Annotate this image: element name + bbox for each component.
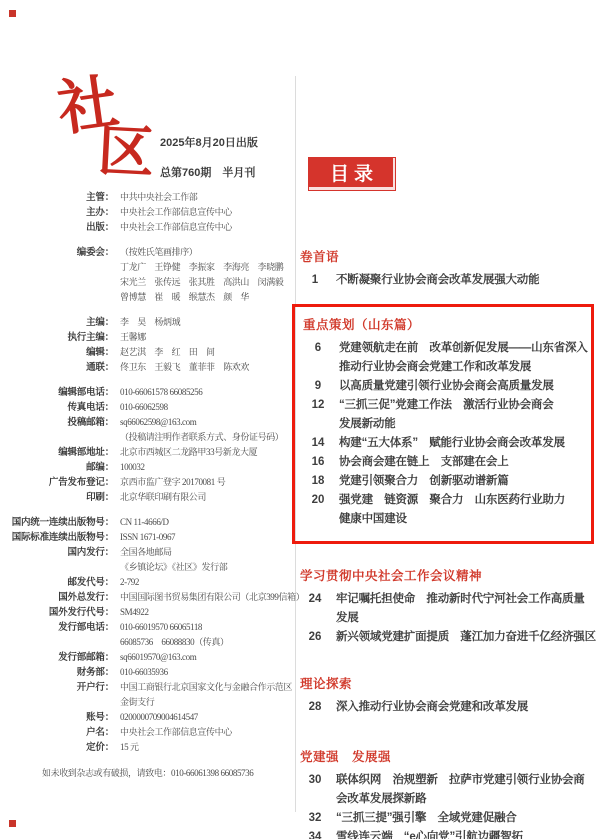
toc-section: 学习贯彻中央社会工作会议精神 24 牢记嘱托担使命 推动新时代宁河社会工作高质量… <box>300 566 592 647</box>
masthead-row-value: 北京华联印刷有限公司 <box>120 490 206 505</box>
masthead-row-value: （投稿请注明作者联系方式、身份证号码） <box>120 430 283 445</box>
toc-entry-continuation: 发展 <box>300 609 592 628</box>
toc-entry-page-number: 24 <box>300 590 330 609</box>
masthead-row: 国外发行代号： SM4922 <box>0 605 296 620</box>
toc-entry-title: 构建“五大体系” 赋能行业协会商会改革发展 <box>339 434 565 453</box>
masthead-row-value: 100032 <box>120 460 145 475</box>
magazine-logo: 社 区 <box>58 82 168 194</box>
toc-section-entries: 30 联体织网 治规塑新 拉萨市党建引领行业协会商 会改革发展探新路 32 “三… <box>300 771 592 839</box>
masthead-row-label: 主管： <box>0 190 114 205</box>
toc-entry-first-line: 14 构建“五大体系” 赋能行业协会商会改革发展 <box>303 434 585 453</box>
masthead-row-value: 66085736 66088830（传真） <box>120 635 229 650</box>
masthead-row-label <box>0 635 114 650</box>
masthead-row: 国内发行： 全国各地邮局 <box>0 545 296 560</box>
masthead-row-label: 编辑： <box>0 345 114 360</box>
masthead-row-label: 国际标准连续出版物号： <box>0 530 114 545</box>
masthead-row-value: 京西市监广登字 20170081 号 <box>120 475 225 490</box>
masthead-row-value: 李 昊 杨炳珹 <box>120 315 180 330</box>
masthead-row-value: 中央社会工作部信息宣传中心 <box>120 205 232 220</box>
masthead-row-value: sq66019570@163.com <box>120 650 196 665</box>
toc-entry-first-line: 26 新兴领域党建扩面提质 蓬江加力奋进千亿经济强区 <box>300 628 592 647</box>
masthead-row-value: 2-792 <box>120 575 139 590</box>
masthead-row: 国际标准连续出版物号： ISSN 1671-0967 <box>0 530 296 545</box>
masthead-row: 邮编： 100032 <box>0 460 296 475</box>
masthead-row-label: 执行主编： <box>0 330 114 345</box>
masthead-row-value: （按姓氏笔画排序） <box>120 245 197 260</box>
masthead-row-label: 主办： <box>0 205 114 220</box>
masthead-row: 编辑部地址： 北京市西城区二龙路甲33号新龙大厦 <box>0 445 296 460</box>
toc-section-entries: 24 牢记嘱托担使命 推动新时代宁河社会工作高质量 发展 26 新兴领域党建扩面… <box>300 590 592 647</box>
masthead-row-value: 赵艺淇 李 红 田 间 <box>120 345 215 360</box>
masthead-row: 金街支行 <box>0 695 296 710</box>
masthead-row-value: 《乡镇论坛》《社区》发行部 <box>120 560 227 575</box>
masthead-row: 投稿邮箱： sq66062598@163.com <box>0 415 296 430</box>
toc-entry-first-line: 20 强党建 链资源 聚合力 山东医药行业助力 <box>303 491 585 510</box>
toc-entry-title: 协会商会建在链上 支部建在会上 <box>339 453 509 472</box>
masthead-row: 印刷： 北京华联印刷有限公司 <box>0 490 296 505</box>
masthead-row-label <box>0 260 114 275</box>
masthead-row-value: 010-66062598 <box>120 400 168 415</box>
issue-number: 总第760期 半月刊 <box>160 158 300 188</box>
masthead-row-label: 账号： <box>0 710 114 725</box>
toc-entry-first-line: 12 “三抓三促”党建工作法 激活行业协会商会 <box>303 396 585 415</box>
toc-section-entries: 1 不断凝聚行业协会商会改革发展强大动能 <box>300 271 592 290</box>
masthead-row-label: 财务部： <box>0 665 114 680</box>
toc-entry: 24 牢记嘱托担使命 推动新时代宁河社会工作高质量 发展 <box>300 590 592 628</box>
toc-entry-continuation: 发展新动能 <box>303 415 585 434</box>
toc-entry-title: “三抓三促”党建工作法 激活行业协会商会 <box>339 396 554 415</box>
toc-entry-page-number: 6 <box>303 339 333 358</box>
masthead-row-label: 印刷： <box>0 490 114 505</box>
masthead-row: 曾博慧 崔 暖 缑慧杰 颜 华 <box>0 290 296 305</box>
masthead-row-label <box>0 695 114 710</box>
masthead-row: 定价： 15 元 <box>0 740 296 755</box>
toc-entry: 30 联体织网 治规塑新 拉萨市党建引领行业协会商 会改革发展探新路 <box>300 771 592 809</box>
masthead-row-value: ISSN 1671-0967 <box>120 530 175 545</box>
toc-entry: 18 党建引领聚合力 创新驱动谱新篇 <box>303 472 585 491</box>
toc-entry-continuation: 健康中国建设 <box>303 510 585 529</box>
registration-mark-top <box>9 10 16 17</box>
masthead-row-value: 中国国际图书贸易集团有限公司（北京399信箱） <box>120 590 304 605</box>
masthead-row-value: 曾博慧 崔 暖 缑慧杰 颜 华 <box>120 290 249 305</box>
toc-title-badge: 目录 <box>308 157 396 191</box>
toc-entry-first-line: 18 党建引领聚合力 创新驱动谱新篇 <box>303 472 585 491</box>
masthead-row-value: 金街支行 <box>120 695 154 710</box>
masthead-row: 财务部： 010-66035936 <box>0 665 296 680</box>
toc-entry-page-number: 16 <box>303 453 333 472</box>
masthead-row: 邮发代号： 2-792 <box>0 575 296 590</box>
toc-entry-page-number: 30 <box>300 771 330 790</box>
magazine-toc-page: 社 区 2025年8月20日出版 总第760期 半月刊 主管： 中共中央社会工作… <box>0 0 600 839</box>
masthead-row-value: SM4922 <box>120 605 149 620</box>
toc-entry-page-number: 14 <box>303 434 333 453</box>
masthead-gap <box>0 505 296 515</box>
masthead-row-value: CN 11-4666/D <box>120 515 169 530</box>
masthead-row-label: 投稿邮箱： <box>0 415 114 430</box>
toc-section-heading: 学习贯彻中央社会工作会议精神 <box>300 566 592 584</box>
masthead-row-value: 中央社会工作部信息宣传中心 <box>120 220 232 235</box>
masthead-row: 发行部邮箱： sq66019570@163.com <box>0 650 296 665</box>
toc-entry-title: 党建引领聚合力 创新驱动谱新篇 <box>339 472 509 491</box>
masthead-row: 主办： 中央社会工作部信息宣传中心 <box>0 205 296 220</box>
masthead-row-value: 佟卫东 王毅飞 董菲菲 陈欢欢 <box>120 360 249 375</box>
toc-entry-first-line: 1 不断凝聚行业协会商会改革发展强大动能 <box>300 271 592 290</box>
masthead-row-value: 王馨娜 <box>120 330 146 345</box>
masthead-gap <box>0 305 296 315</box>
masthead-row: 执行主编： 王馨娜 <box>0 330 296 345</box>
masthead-row-label: 出版： <box>0 220 114 235</box>
masthead-row-label <box>0 430 114 445</box>
masthead-row: 国外总发行： 中国国际图书贸易集团有限公司（北京399信箱） <box>0 590 296 605</box>
masthead-row-value: 中共中央社会工作部 <box>120 190 197 205</box>
toc-entry-page-number: 18 <box>303 472 333 491</box>
masthead-row-value: 北京市西城区二龙路甲33号新龙大厦 <box>120 445 257 460</box>
masthead-row: 《乡镇论坛》《社区》发行部 <box>0 560 296 575</box>
masthead-row-label: 国外总发行： <box>0 590 114 605</box>
toc-section-heading: 党建强 发展强 <box>300 747 592 765</box>
masthead-row: 主编： 李 昊 杨炳珹 <box>0 315 296 330</box>
masthead-row-label: 邮发代号： <box>0 575 114 590</box>
toc-entry-page-number: 34 <box>300 828 330 839</box>
toc-entry-page-number: 28 <box>300 698 330 717</box>
masthead-row-value: 宋光兰 张传远 张其胜 高洪山 闵满毅 <box>120 275 283 290</box>
toc-entry: 26 新兴领域党建扩面提质 蓬江加力奋进千亿经济强区 <box>300 628 592 647</box>
toc-section: 卷首语 1 不断凝聚行业协会商会改革发展强大动能 <box>300 247 592 290</box>
toc-entry: 14 构建“五大体系” 赋能行业协会商会改革发展 <box>303 434 585 453</box>
masthead-row-value: 中国工商银行北京国家文化与金融合作示范区 <box>120 680 292 695</box>
masthead-row: 账号： 0200000709004614547 <box>0 710 296 725</box>
toc-section-entries: 6 党建领航走在前 改革创新促发展——山东省深入 推动行业协会商会党建工作和改革… <box>303 339 585 529</box>
toc-entry-title: 强党建 链资源 聚合力 山东医药行业助力 <box>339 491 565 510</box>
masthead-row: 编委会： （按姓氏笔画排序） <box>0 245 296 260</box>
toc-section: 党建强 发展强 30 联体织网 治规塑新 拉萨市党建引领行业协会商 会改革发展探… <box>300 747 592 839</box>
publish-date: 2025年8月20日出版 <box>160 128 300 158</box>
masthead-row-label: 定价： <box>0 740 114 755</box>
toc-entry: 1 不断凝聚行业协会商会改革发展强大动能 <box>300 271 592 290</box>
toc-entry-page-number: 12 <box>303 396 333 415</box>
logo-char-qu: 区 <box>97 123 156 182</box>
toc-entry: 20 强党建 链资源 聚合力 山东医药行业助力 健康中国建设 <box>303 491 585 529</box>
toc-entry-title: “三抓三提”强引擎 全域党建促融合 <box>336 809 517 828</box>
masthead-row: 丁龙广 王铮健 李振家 李海亮 李晓鹏 <box>0 260 296 275</box>
masthead-row-label <box>0 290 114 305</box>
toc-entry-page-number: 9 <box>303 377 333 396</box>
masthead-row-label: 国内统一连续出版物号： <box>0 515 114 530</box>
masthead-row-value: 丁龙广 王铮健 李振家 李海亮 李晓鹏 <box>120 260 283 275</box>
masthead-row-label: 通联： <box>0 360 114 375</box>
toc-entry-page-number: 26 <box>300 628 330 647</box>
masthead-row-label: 国外发行代号： <box>0 605 114 620</box>
masthead-row-value: 010-66061578 66085256 <box>120 385 202 400</box>
masthead-row-label: 编辑部地址： <box>0 445 114 460</box>
toc-entry: 16 协会商会建在链上 支部建在会上 <box>303 453 585 472</box>
toc-section: 重点策划（山东篇） 6 党建领航走在前 改革创新促发展——山东省深入 推动行业协… <box>292 304 594 544</box>
toc-entry-first-line: 30 联体织网 治规塑新 拉萨市党建引领行业协会商 <box>300 771 592 790</box>
toc-sections: 卷首语 1 不断凝聚行业协会商会改革发展强大动能 重点策划（山东篇） 6 党建领… <box>300 247 592 839</box>
toc-section-entries: 28 深入推动行业协会商会党建和改革发展 <box>300 698 592 717</box>
toc-entry-title: 联体织网 治规塑新 拉萨市党建引领行业协会商 <box>336 771 585 790</box>
masthead-row: 广告发布登记： 京西市监广登字 20170081 号 <box>0 475 296 490</box>
toc-entry: 28 深入推动行业协会商会党建和改革发展 <box>300 698 592 717</box>
toc-entry-title: 新兴领域党建扩面提质 蓬江加力奋进千亿经济强区 <box>336 628 596 647</box>
toc-entry-continuation: 会改革发展探新路 <box>300 790 592 809</box>
toc-section-heading: 卷首语 <box>300 247 592 265</box>
masthead-row-value: 15 元 <box>120 740 139 755</box>
toc-entry-title: 以高质量党建引领行业协会商会高质量发展 <box>339 377 554 396</box>
masthead-row-label <box>0 560 114 575</box>
masthead-row: 国内统一连续出版物号： CN 11-4666/D <box>0 515 296 530</box>
masthead-row-label: 传真电话： <box>0 400 114 415</box>
publication-info: 2025年8月20日出版 总第760期 半月刊 <box>160 128 300 188</box>
toc-entry-title: 不断凝聚行业协会商会改革发展强大动能 <box>336 271 539 290</box>
toc-entry: 6 党建领航走在前 改革创新促发展——山东省深入 推动行业协会商会党建工作和改革… <box>303 339 585 377</box>
toc-entry-title: 雪线连云端 “e心向党”引航边疆智拓 <box>336 828 523 839</box>
masthead-row-label: 户名： <box>0 725 114 740</box>
masthead-row: （投稿请注明作者联系方式、身份证号码） <box>0 430 296 445</box>
masthead-row-label: 广告发布登记： <box>0 475 114 490</box>
masthead-row-value: sq66062598@163.com <box>120 415 196 430</box>
masthead-row: 编辑部电话： 010-66061578 66085256 <box>0 385 296 400</box>
toc-entry-first-line: 32 “三抓三提”强引擎 全域党建促融合 <box>300 809 592 828</box>
masthead-row: 开户行： 中国工商银行北京国家文化与金融合作示范区 <box>0 680 296 695</box>
masthead-row: 主管： 中共中央社会工作部 <box>0 190 296 205</box>
masthead-row-value: 全国各地邮局 <box>120 545 172 560</box>
masthead-row: 发行部电话： 010-66019570 66065118 <box>0 620 296 635</box>
masthead-row-label: 发行部电话： <box>0 620 114 635</box>
masthead-row: 66085736 66088830（传真） <box>0 635 296 650</box>
toc-section-heading: 重点策划（山东篇） <box>303 315 585 333</box>
masthead-row-label: 发行部邮箱： <box>0 650 114 665</box>
masthead-row-value: 0200000709004614547 <box>120 710 198 725</box>
masthead-row-value: 中央社会工作部信息宣传中心 <box>120 725 232 740</box>
masthead-gap <box>0 235 296 245</box>
masthead-row-label: 编辑部电话： <box>0 385 114 400</box>
toc-entry-first-line: 24 牢记嘱托担使命 推动新时代宁河社会工作高质量 <box>300 590 592 609</box>
masthead-row: 传真电话： 010-66062598 <box>0 400 296 415</box>
toc-entry-title: 深入推动行业协会商会党建和改革发展 <box>336 698 528 717</box>
masthead-row: 宋光兰 张传远 张其胜 高洪山 闵满毅 <box>0 275 296 290</box>
toc-section: 理论探索 28 深入推动行业协会商会党建和改革发展 <box>300 674 592 717</box>
table-of-contents: 目录 卷首语 1 不断凝聚行业协会商会改革发展强大动能 重点策划（山东篇） 6 … <box>300 150 592 839</box>
toc-entry: 32 “三抓三提”强引擎 全域党建促融合 <box>300 809 592 828</box>
masthead-row-label: 编委会： <box>0 245 114 260</box>
masthead-row: 编辑： 赵艺淇 李 红 田 间 <box>0 345 296 360</box>
masthead-row-value: 010-66019570 66065118 <box>120 620 202 635</box>
toc-entry-page-number: 20 <box>303 491 333 510</box>
toc-entry-first-line: 28 深入推动行业协会商会党建和改革发展 <box>300 698 592 717</box>
toc-entry: 9 以高质量党建引领行业协会商会高质量发展 <box>303 377 585 396</box>
toc-entry-first-line: 16 协会商会建在链上 支部建在会上 <box>303 453 585 472</box>
masthead-row-label <box>0 275 114 290</box>
masthead-row-label: 开户行： <box>0 680 114 695</box>
toc-entry: 34 雪线连云端 “e心向党”引航边疆智拓 <box>300 828 592 839</box>
masthead-gap <box>0 375 296 385</box>
masthead-rows: 主管： 中共中央社会工作部 主办： 中央社会工作部信息宣传中心 出版： 中央社会… <box>0 190 296 755</box>
toc-entry-page-number: 1 <box>300 271 330 290</box>
masthead-row: 通联： 佟卫东 王毅飞 董菲菲 陈欢欢 <box>0 360 296 375</box>
toc-entry-page-number: 32 <box>300 809 330 828</box>
toc-section-heading: 理论探索 <box>300 674 592 692</box>
masthead-row-label: 邮编： <box>0 460 114 475</box>
masthead-row-label: 主编： <box>0 315 114 330</box>
masthead-row: 户名： 中央社会工作部信息宣传中心 <box>0 725 296 740</box>
masthead-row-value: 010-66035936 <box>120 665 168 680</box>
toc-entry: 12 “三抓三促”党建工作法 激活行业协会商会 发展新动能 <box>303 396 585 434</box>
missing-issue-note: 如未收到杂志或有破损，请致电：010-66061398 66085736 <box>42 766 302 779</box>
registration-mark-bottom <box>9 820 16 827</box>
masthead-row-label: 国内发行： <box>0 545 114 560</box>
toc-entry-title: 党建领航走在前 改革创新促发展——山东省深入 <box>339 339 588 358</box>
toc-entry-title: 牢记嘱托担使命 推动新时代宁河社会工作高质量 <box>336 590 585 609</box>
toc-entry-continuation: 推动行业协会商会党建工作和改革发展 <box>303 358 585 377</box>
toc-entry-first-line: 34 雪线连云端 “e心向党”引航边疆智拓 <box>300 828 592 839</box>
toc-entry-first-line: 6 党建领航走在前 改革创新促发展——山东省深入 <box>303 339 585 358</box>
toc-entry-first-line: 9 以高质量党建引领行业协会商会高质量发展 <box>303 377 585 396</box>
masthead-row: 出版： 中央社会工作部信息宣传中心 <box>0 220 296 235</box>
